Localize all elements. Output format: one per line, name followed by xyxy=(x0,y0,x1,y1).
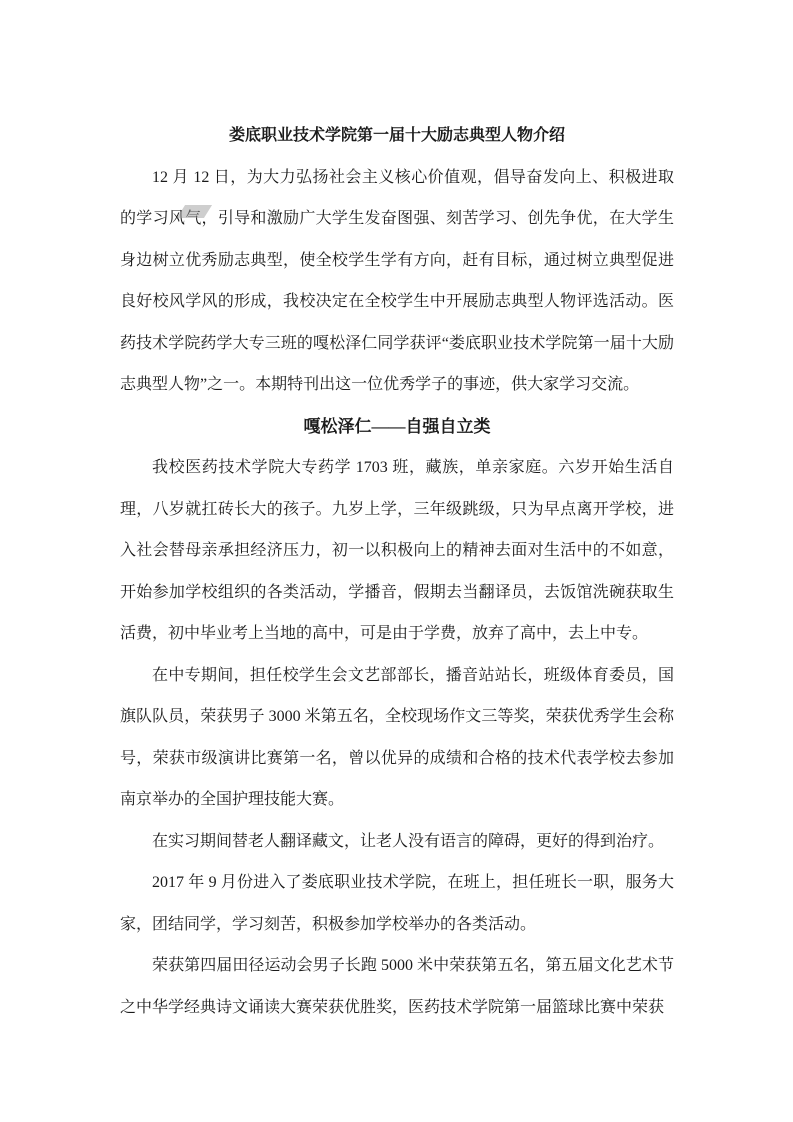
document-title: 娄底职业技术学院第一届十大励志典型人物介绍 xyxy=(120,115,674,157)
document-content: 娄底职业技术学院第一届十大励志典型人物介绍 12 月 12 日，为大力弘扬社会主… xyxy=(120,115,674,1028)
paragraph-shixi: 在实习期间替老人翻译藏文，让老人没有语言的障碍，更好的得到治疗。 xyxy=(120,821,674,863)
section-heading: 嘎松泽仁——自强自立类 xyxy=(120,406,674,448)
document-page: 娄底职业技术学院第一届十大励志典型人物介绍 12 月 12 日，为大力弘扬社会主… xyxy=(0,0,793,1122)
paragraph-2017: 2017 年 9 月份进入了娄底职业技术学院，在班上，担任班长一职，服务大家，团… xyxy=(120,862,674,945)
paragraph-awards: 荣获第四届田径运动会男子长跑 5000 米中荣获第五名，第五届文化艺术节之中华学… xyxy=(120,945,674,1028)
paragraph-zhongzhuan: 在中专期间，担任校学生会文艺部部长，播音站站长，班级体育委员，国旗队队员，荣获男… xyxy=(120,655,674,821)
paragraph-profile: 我校医药技术学院大专药学 1703 班，藏族，单亲家庭。六岁开始生活自理，八岁就… xyxy=(120,447,674,655)
intro-paragraph: 12 月 12 日，为大力弘扬社会主义核心价值观，倡导奋发向上、积极进取的学习风… xyxy=(120,157,674,406)
